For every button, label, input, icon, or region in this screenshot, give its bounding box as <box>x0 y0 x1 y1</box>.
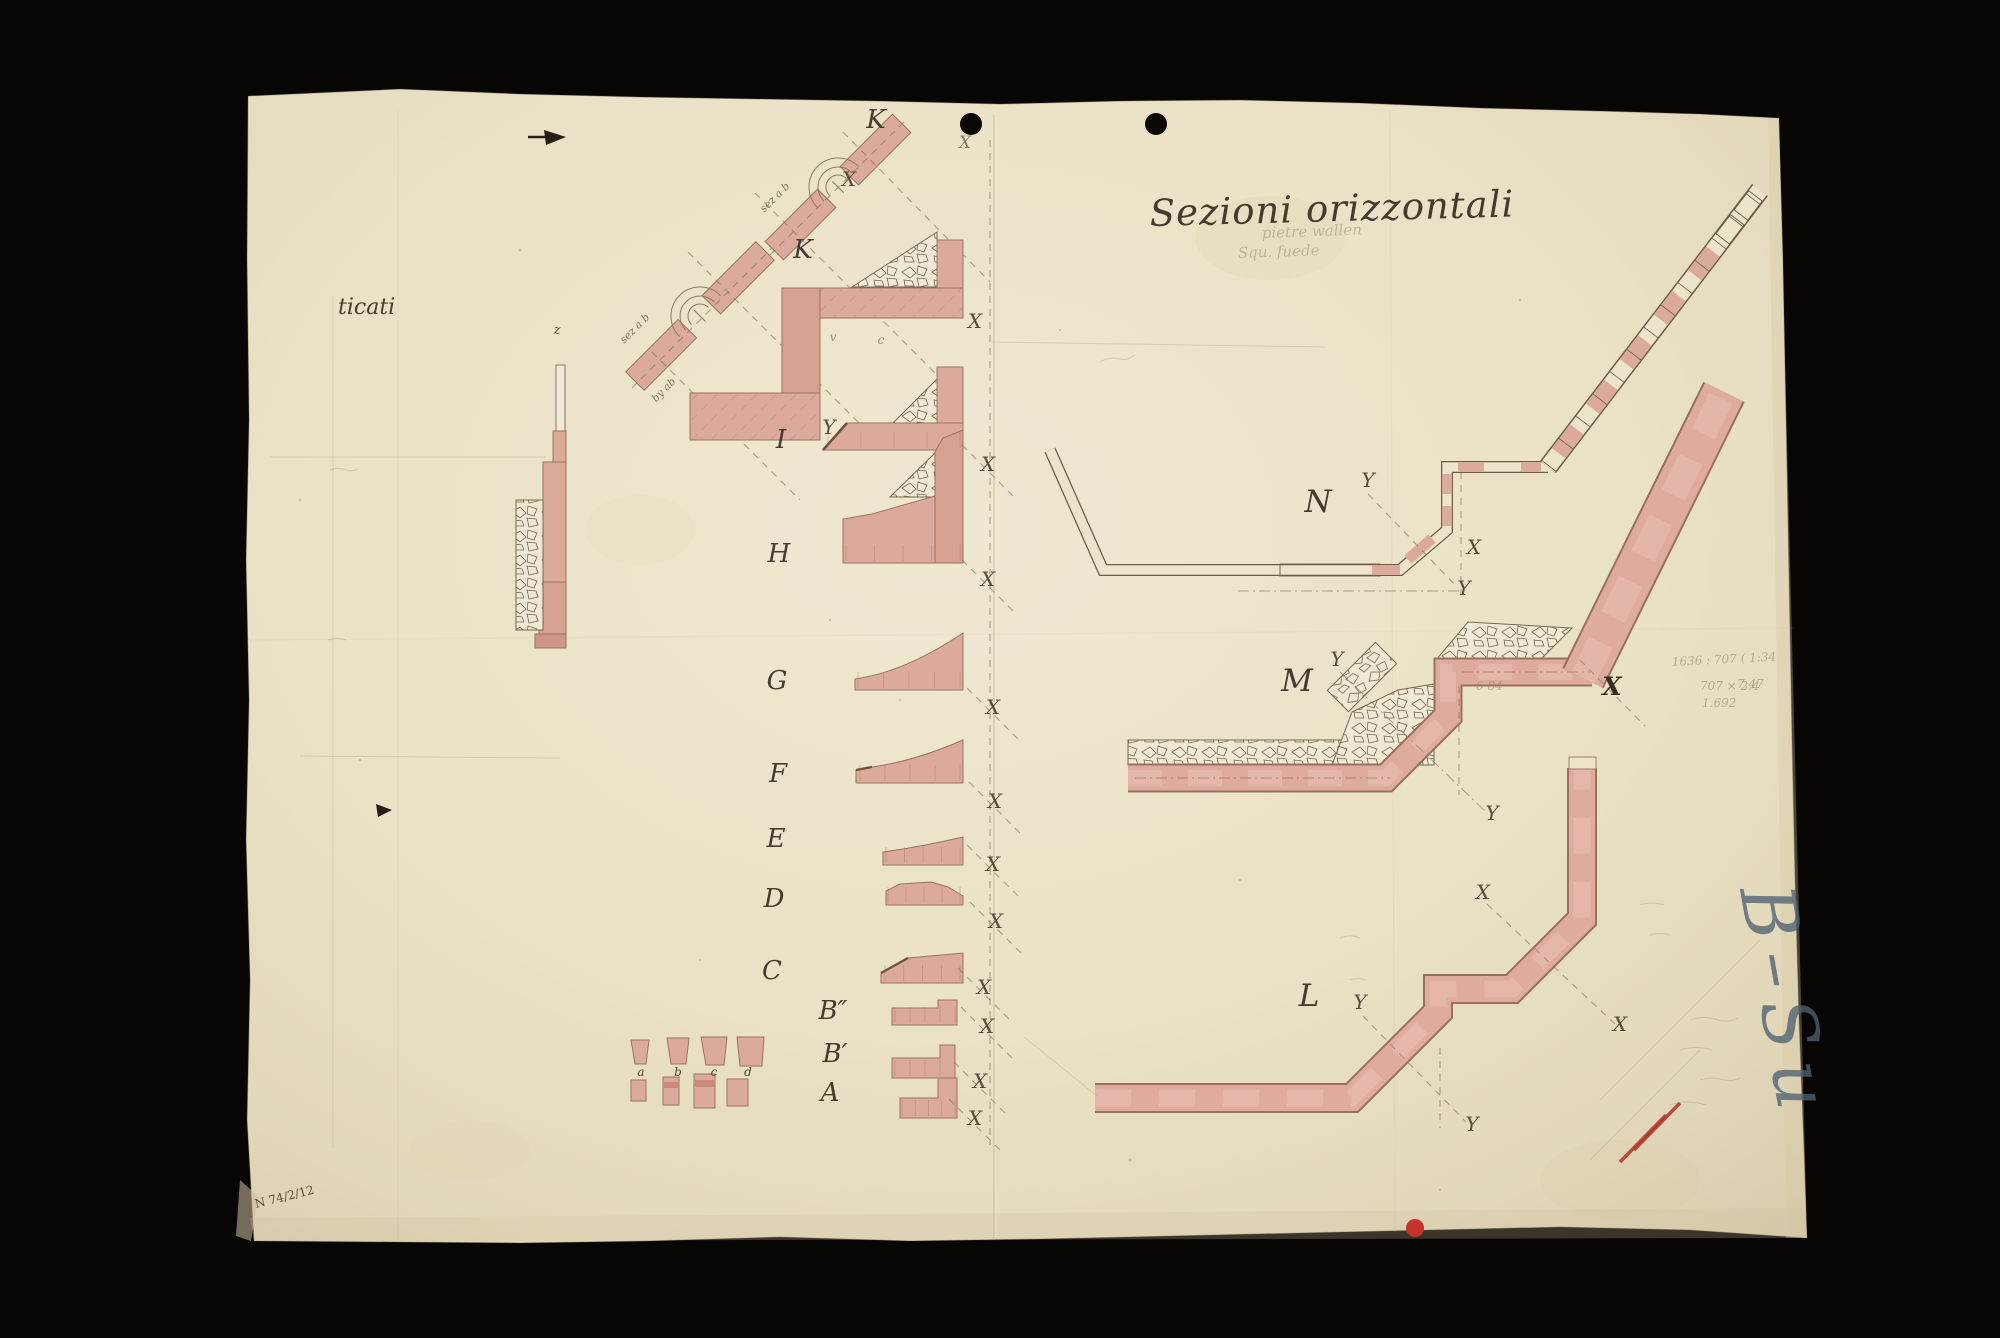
specimen-label-d: d <box>744 1065 752 1079</box>
axis-mark-Y-14: Y <box>1361 468 1376 492</box>
stain <box>410 1120 530 1180</box>
axis-mark-z-24: z <box>553 323 561 338</box>
section-label-D: D <box>763 884 785 914</box>
axis-mark-Y-22: Y <box>1465 1112 1480 1136</box>
axis-mark-Y-21: Y <box>1353 990 1368 1014</box>
axis-mark-c-26: c <box>878 333 885 347</box>
axis-mark-X-12: X <box>971 1069 988 1093</box>
axis-mark-Y-16: Y <box>1457 576 1472 600</box>
plan-label-L: L <box>1298 978 1320 1014</box>
drawing-canvas: sez a b sez a b by ab <box>0 0 2000 1338</box>
axis-mark-X-1: X <box>840 167 857 191</box>
axis-mark-X-5: X <box>979 567 996 591</box>
axis-mark-X-9: X <box>987 909 1004 933</box>
axis-mark-v-25: v <box>830 330 837 344</box>
section-label-K: K <box>792 235 814 265</box>
section-label-F: F <box>768 759 788 789</box>
axis-mark-X-20: X <box>1611 1012 1628 1036</box>
photograph-of-drawing: sez a b sez a b by ab <box>0 0 2000 1338</box>
axis-mark-Y-3: Y <box>822 415 837 439</box>
plan-label-N: N <box>1303 484 1333 520</box>
section-label-C: C <box>762 956 782 986</box>
axis-mark-X-13: X <box>966 1106 983 1130</box>
axis-mark-Y-18: Y <box>1485 801 1500 825</box>
axis-mark-X-4: X <box>979 452 996 476</box>
axis-mark-X-8: X <box>984 852 1001 876</box>
section-label-A: A <box>819 1078 840 1108</box>
section-label-B″: B″ <box>818 996 848 1026</box>
pencil-note-under-title: Squ. fuede <box>1238 241 1320 262</box>
pencil-note-under-title: pietre wallen <box>1262 221 1363 242</box>
axis-mark-X-7: X <box>986 789 1003 813</box>
left-fragment-text: ticati <box>338 295 395 320</box>
stain <box>585 495 695 565</box>
section-label-K: K <box>865 105 887 135</box>
section-label-G: G <box>767 666 788 696</box>
specimen-label-a: a <box>637 1065 644 1079</box>
punch-hole <box>1145 113 1167 135</box>
pencil-calc: 1.692 <box>1702 696 1736 710</box>
stain <box>1540 1140 1700 1220</box>
axis-mark-Y-17: Y <box>1330 647 1345 671</box>
axis-mark-X-2: X <box>966 309 983 333</box>
axis-mark-X-23: X <box>1600 672 1623 701</box>
axis-mark-X-0: X <box>957 133 972 153</box>
specimen-label-c: c <box>711 1065 718 1079</box>
axis-mark-X-19: X <box>1474 880 1491 904</box>
axis-mark-X-15: X <box>1465 535 1482 559</box>
section-label-E: E <box>766 824 786 854</box>
section-label-H: H <box>767 539 792 569</box>
pencil-calc: 7.47 <box>1737 677 1764 691</box>
red-wax-dot <box>1406 1219 1424 1237</box>
plan-label-M: M <box>1280 663 1314 699</box>
section-label-B′: B′ <box>821 1039 847 1069</box>
punch-hole <box>960 113 982 135</box>
pencil-calc: 6 84 <box>1476 679 1503 693</box>
section-label-I: I <box>775 425 787 455</box>
axis-mark-X-10: X <box>975 975 992 999</box>
axis-mark-X-6: X <box>984 695 1001 719</box>
axis-mark-X-11: X <box>978 1014 995 1038</box>
specimen-label-b: b <box>674 1065 682 1079</box>
